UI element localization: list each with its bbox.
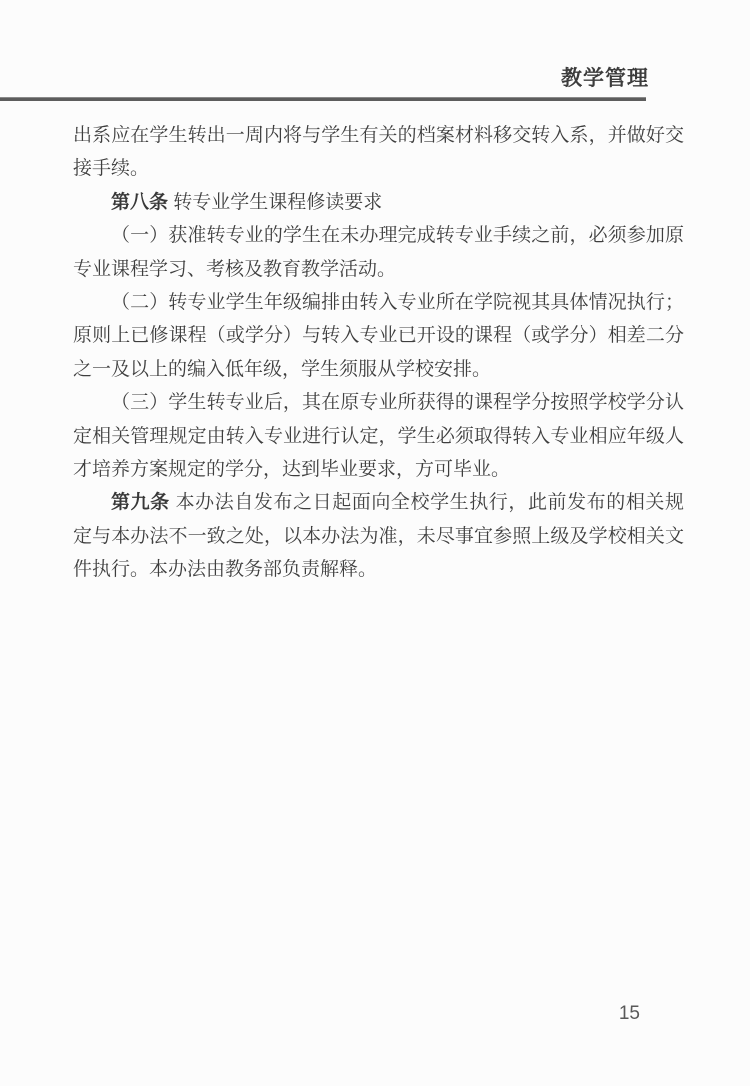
document-body: 出系应在学生转出一周内将与学生有关的档案材料移交转入系，并做好交接手续。第八条 … bbox=[73, 119, 684, 587]
paragraph-text: 转专业学生课程修读要求 bbox=[168, 192, 382, 213]
paragraph: （一）获准转专业的学生在未办理完成转专业手续之前，必须参加原专业课程学习、考核及… bbox=[73, 219, 684, 286]
paragraph: 出系应在学生转出一周内将与学生有关的档案材料移交转入系，并做好交接手续。 bbox=[73, 119, 684, 186]
paragraph: 第九条 本办法自发布之日起面向全校学生执行，此前发布的相关规定与本办法不一致之处… bbox=[73, 486, 684, 586]
document-page: 教学管理 出系应在学生转出一周内将与学生有关的档案材料移交转入系，并做好交接手续… bbox=[0, 0, 750, 1086]
paragraph-text: （一）获准转专业的学生在未办理完成转专业手续之前，必须参加原专业课程学习、考核及… bbox=[73, 225, 684, 279]
header-title: 教学管理 bbox=[561, 68, 649, 89]
paragraph-text: （二）转专业学生年级编排由转入专业所在学院视其具体情况执行；原则上已修课程（或学… bbox=[73, 292, 684, 380]
paragraph-text: （三）学生转专业后，其在原专业所获得的课程学分按照学校学分认定相关管理规定由转入… bbox=[73, 392, 684, 480]
paragraph: （二）转专业学生年级编排由转入专业所在学院视其具体情况执行；原则上已修课程（或学… bbox=[73, 286, 684, 386]
paragraph-keyword: 第八条 bbox=[111, 192, 168, 213]
paragraph: （三）学生转专业后，其在原专业所获得的课程学分按照学校学分认定相关管理规定由转入… bbox=[73, 386, 684, 486]
paragraph-keyword: 第九条 bbox=[111, 492, 170, 513]
paragraph-text: 出系应在学生转出一周内将与学生有关的档案材料移交转入系，并做好交接手续。 bbox=[73, 125, 684, 179]
header-rule bbox=[0, 97, 646, 101]
paragraph: 第八条 转专业学生课程修读要求 bbox=[73, 186, 684, 219]
page-number: 15 bbox=[619, 1003, 640, 1026]
